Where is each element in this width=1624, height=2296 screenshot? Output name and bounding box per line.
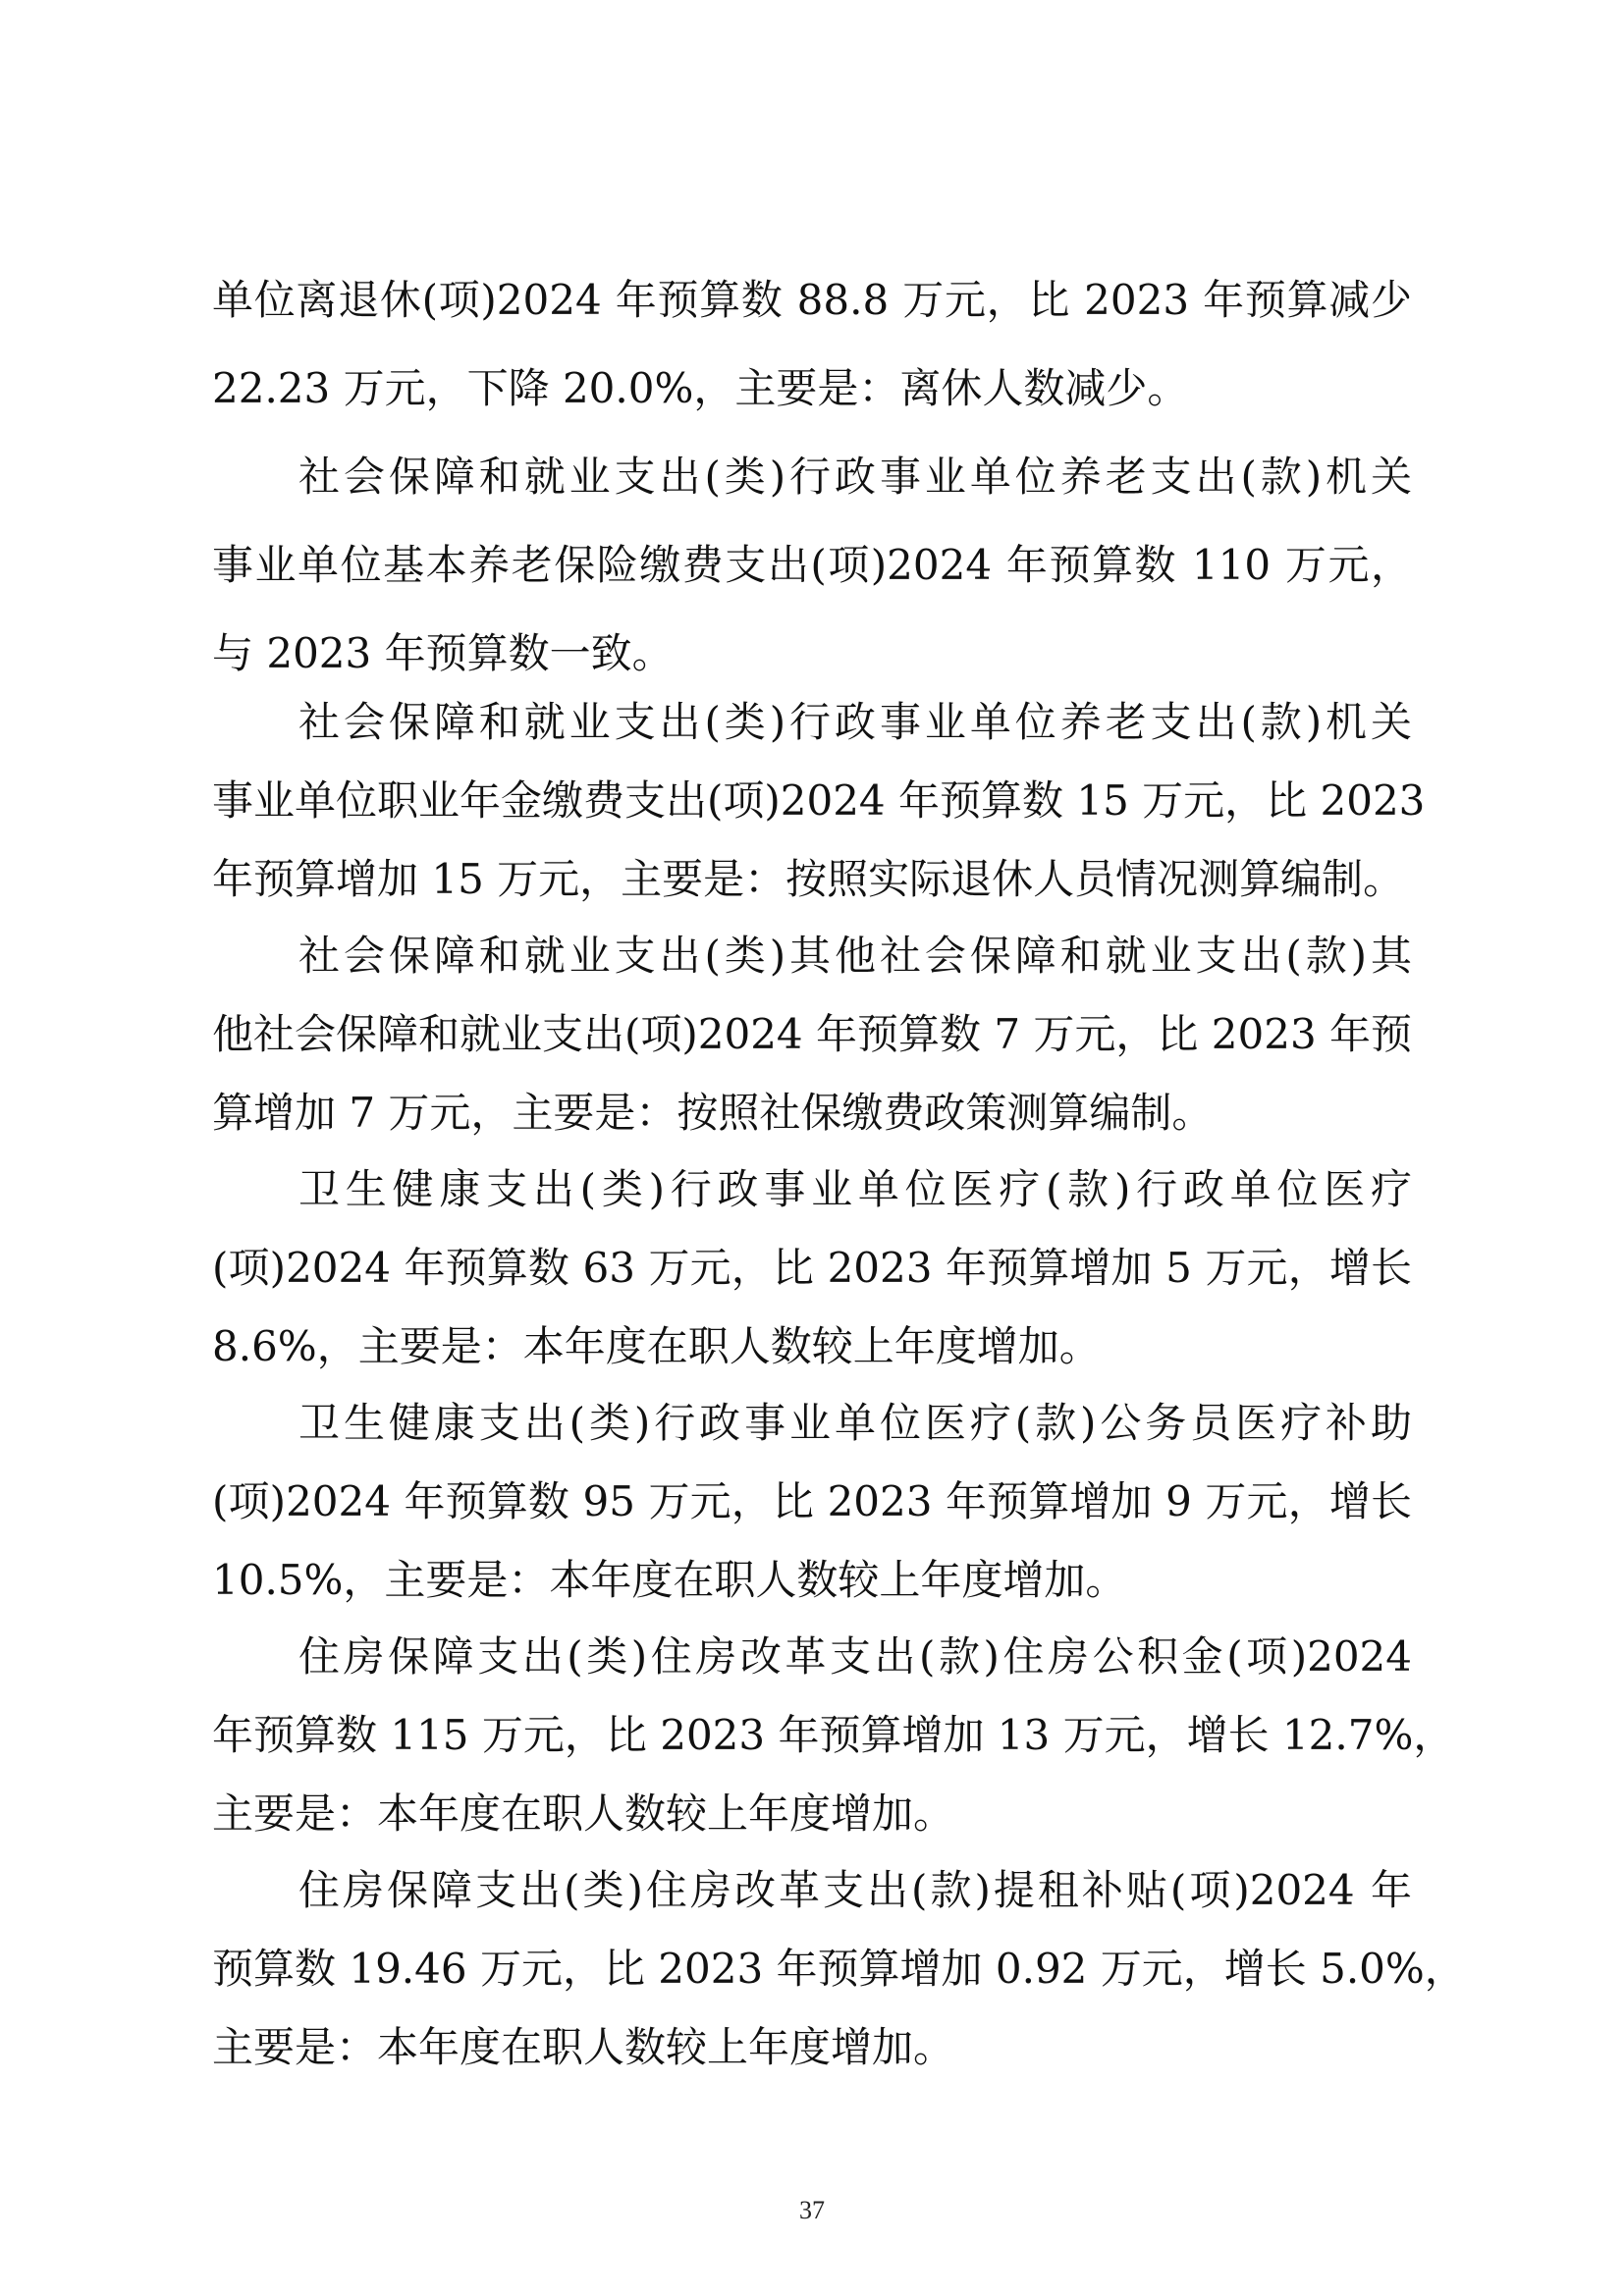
paragraph-first-line: 卫生健康支出(类)行政事业单位医疗(款)行政单位医疗 <box>212 1160 1412 1219</box>
text-line: 10.5%，主要是：本年度在职人数较上年度增加。 <box>212 1551 1412 1610</box>
text-line: 他社会保障和就业支出(项)2024 年预算数 7 万元，比 2023 年预 <box>212 1005 1412 1064</box>
text-line: 主要是：本年度在职人数较上年度增加。 <box>212 2018 1412 2077</box>
paragraph-first-line: 住房保障支出(类)住房改革支出(款)提租补贴(项)2024 年 <box>212 1861 1412 1920</box>
text-line: 8.6%，主要是：本年度在职人数较上年度增加。 <box>212 1317 1412 1376</box>
text-line: 年预算增加 15 万元，主要是：按照实际退休人员情况测算编制。 <box>212 850 1412 909</box>
text-line: 主要是：本年度在职人数较上年度增加。 <box>212 1785 1412 1843</box>
text-line: (项)2024 年预算数 63 万元，比 2023 年预算增加 5 万元，增长 <box>212 1239 1412 1298</box>
text-line: 22.23 万元，下降 20.0%，主要是：离休人数减少。 <box>212 359 1412 418</box>
text-line: 事业单位基本养老保险缴费支出(项)2024 年预算数 110 万元， <box>212 536 1412 595</box>
text-line: 单位离退休(项)2024 年预算数 88.8 万元，比 2023 年预算减少 <box>212 271 1412 330</box>
text-line: 预算数 19.46 万元，比 2023 年预算增加 0.92 万元，增长 5.0… <box>212 1940 1412 1999</box>
text-line: (项)2024 年预算数 95 万元，比 2023 年预算增加 9 万元，增长 <box>212 1472 1412 1531</box>
text-line: 事业单位职业年金缴费支出(项)2024 年预算数 15 万元，比 2023 <box>212 772 1412 830</box>
text-line: 年预算数 115 万元，比 2023 年预算增加 13 万元，增长 12.7%， <box>212 1706 1412 1765</box>
paragraph-first-line: 社会保障和就业支出(类)其他社会保障和就业支出(款)其 <box>212 927 1412 986</box>
paragraph-first-line: 社会保障和就业支出(类)行政事业单位养老支出(款)机关 <box>212 448 1412 507</box>
paragraph-first-line: 住房保障支出(类)住房改革支出(款)住房公积金(项)2024 <box>212 1628 1412 1686</box>
paragraph-first-line: 社会保障和就业支出(类)行政事业单位养老支出(款)机关 <box>212 693 1412 752</box>
page-number: 37 <box>0 2195 1624 2226</box>
paragraph-first-line: 卫生健康支出(类)行政事业单位医疗(款)公务员医疗补助 <box>212 1394 1412 1453</box>
text-line: 算增加 7 万元，主要是：按照社保缴费政策测算编制。 <box>212 1084 1412 1143</box>
text-line: 与 2023 年预算数一致。 <box>212 624 1412 683</box>
